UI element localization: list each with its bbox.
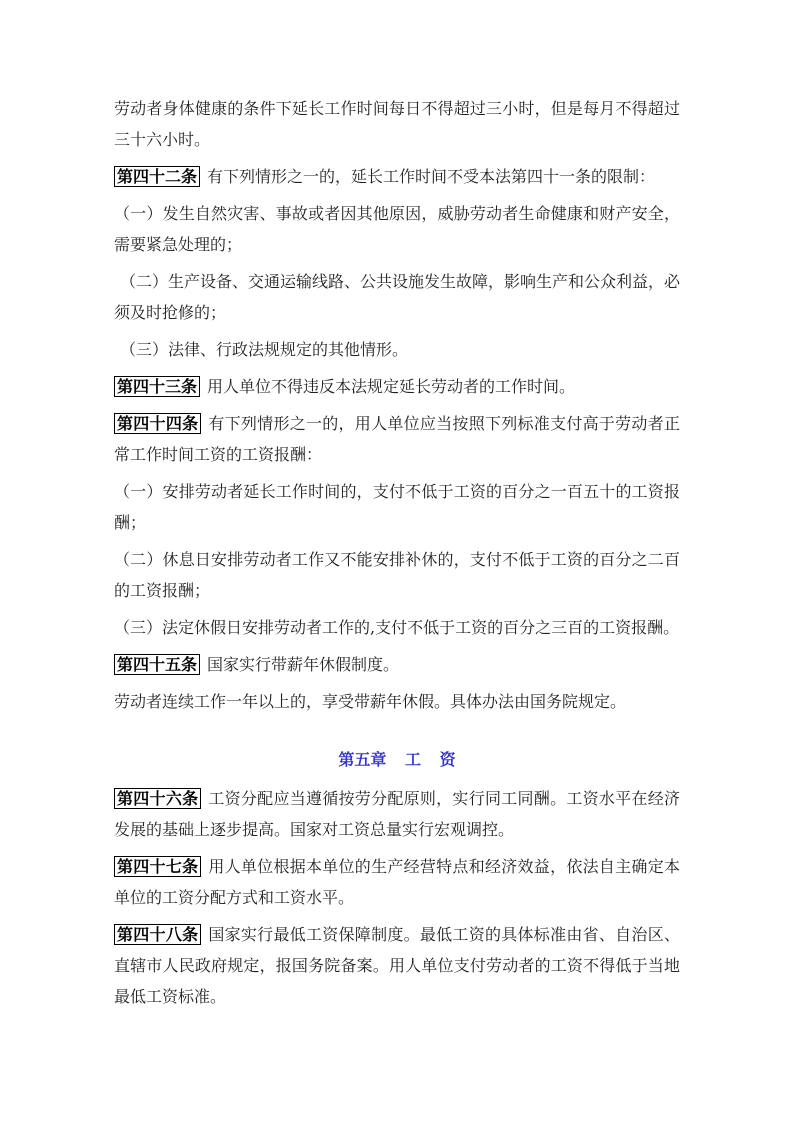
article-number-box: 第四十二条 bbox=[114, 166, 200, 187]
body-paragraph: （三）法律、行政法规规定的其他情形。 bbox=[114, 334, 680, 365]
article-text: 用人单位不得违反本法规定延长劳动者的工作时间。 bbox=[207, 377, 575, 396]
article-paragraph: 第四十四条有下列情形之一的，用人单位应当按照下列标准支付高于劳动者正常工作时间工… bbox=[114, 408, 680, 470]
article-paragraph: 第四十六条工资分配应当遵循按劳分配原则，实行同工同酬。工资水平在经济发展的基础上… bbox=[114, 783, 680, 845]
chapter-heading: 第五章 工 资 bbox=[114, 744, 680, 775]
article-paragraph: 第四十八条国家实行最低工资保障制度。最低工资的具体标准由省、自治区、直辖市人民政… bbox=[114, 919, 680, 1012]
body-paragraph: 劳动者连续工作一年以上的，享受带薪年休假。具体办法由国务院规定。 bbox=[114, 686, 680, 717]
body-paragraph: （二）生产设备、交通运输线路、公共设施发生故障，影响生产和公众利益，必须及时抢修… bbox=[114, 266, 680, 328]
article-number-box: 第四十三条 bbox=[114, 376, 200, 397]
article-paragraph: 第四十三条用人单位不得违反本法规定延长劳动者的工作时间。 bbox=[114, 371, 680, 402]
article-number-box: 第四十七条 bbox=[114, 856, 201, 877]
article-paragraph: 第四十二条有下列情形之一的，延长工作时间不受本法第四十一条的限制： bbox=[114, 161, 680, 192]
article-text: 有下列情形之一的，延长工作时间不受本法第四十一条的限制： bbox=[207, 167, 655, 186]
document-body: 劳动者身体健康的条件下延长工作时间每日不得超过三小时，但是每月不得超过三十六小时… bbox=[114, 93, 680, 1018]
body-paragraph: （一）安排劳动者延长工作时间的，支付不低于工资的百分之一百五十的工资报酬； bbox=[114, 476, 680, 538]
article-number-box: 第四十八条 bbox=[114, 924, 201, 945]
article-number-box: 第四十五条 bbox=[114, 654, 200, 675]
body-paragraph: 劳动者身体健康的条件下延长工作时间每日不得超过三小时，但是每月不得超过三十六小时… bbox=[114, 93, 680, 155]
body-paragraph: （三）法定休假日安排劳动者工作的,支付不低于工资的百分之三百的工资报酬。 bbox=[114, 612, 680, 643]
body-paragraph: （二）休息日安排劳动者工作又不能安排补休的，支付不低于工资的百分之二百的工资报酬… bbox=[114, 544, 680, 606]
article-paragraph: 第四十七条用人单位根据本单位的生产经营特点和经济效益，依法自主确定本单位的工资分… bbox=[114, 851, 680, 913]
document-page: 劳动者身体健康的条件下延长工作时间每日不得超过三小时，但是每月不得超过三十六小时… bbox=[0, 0, 793, 1122]
article-paragraph: 第四十五条国家实行带薪年休假制度。 bbox=[114, 649, 680, 680]
article-text: 国家实行带薪年休假制度。 bbox=[207, 655, 399, 674]
article-number-box: 第四十四条 bbox=[114, 413, 201, 434]
article-number-box: 第四十六条 bbox=[114, 788, 201, 809]
body-paragraph: （一）发生自然灾害、事故或者因其他原因，威胁劳动者生命健康和财产安全，需要紧急处… bbox=[114, 198, 680, 260]
